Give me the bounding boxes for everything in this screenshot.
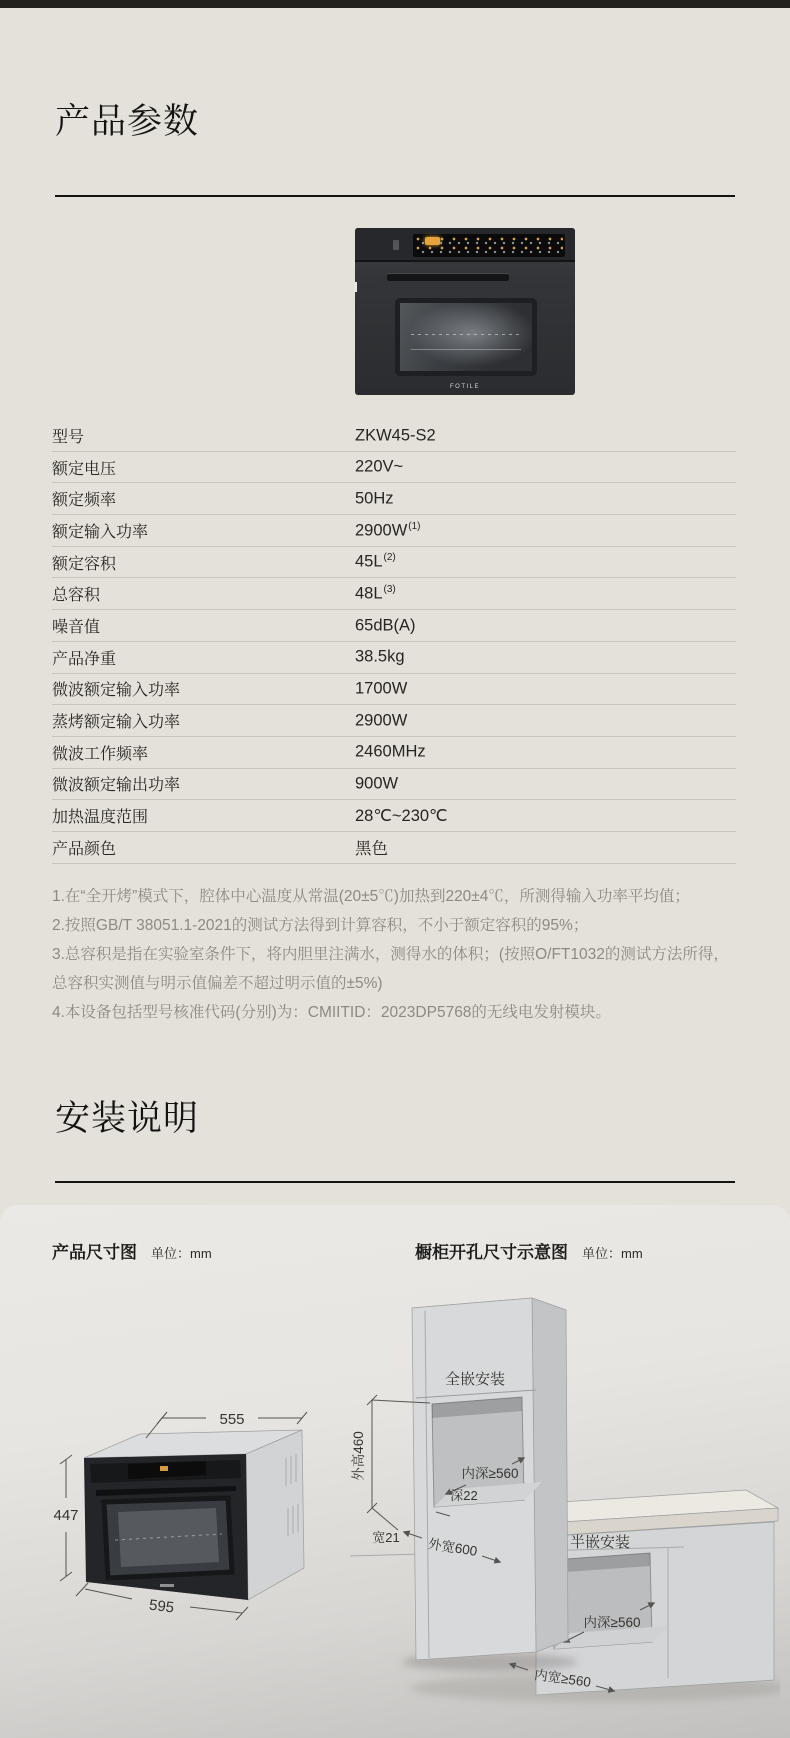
spec-value: ZKW45-S2 (355, 426, 437, 446)
oven-drawing (84, 1430, 304, 1600)
tall-cabinet-drawing: 全嵌安装 内深≥560 深22 外高460 宽2 (350, 1298, 578, 1671)
divider-product-params (55, 195, 735, 197)
oven-door-glass (395, 298, 537, 376)
spec-value: 45L(2) (355, 552, 396, 572)
table-row: 产品净重38.5kg (52, 642, 736, 674)
dim-label-inner-depth-top: 内深≥560 (462, 1465, 519, 1481)
table-row: 蒸烤额定输入功率2900W (52, 705, 736, 737)
full-embed-label: 全嵌安装 (445, 1371, 505, 1388)
spec-value: 1700W (355, 679, 408, 699)
table-row: 型号ZKW45-S2 (52, 420, 736, 452)
dim-447: 447 (53, 1455, 78, 1581)
spec-label: 微波额定输出功率 (52, 772, 355, 795)
cabinet-dims-heading: 橱柜开孔尺寸示意图 单位：mm (415, 1238, 643, 1263)
spec-value: 48L(3) (355, 584, 396, 604)
heading-title: 产品尺寸图 (52, 1238, 137, 1263)
footnote-3: 3.总容积是指在实验室条件下，将内胆里注满水，测得水的体积；(按照O/FT103… (52, 940, 744, 998)
oven-side-highlight (354, 282, 357, 292)
spec-value: 2900W (355, 711, 408, 731)
spec-value: 38.5kg (355, 647, 406, 667)
product-spec-page: 产品参数 FOTILE 型号ZKW45-S2 额定电压220V~ 额定频率50H… (0, 0, 790, 1738)
product-photo: FOTILE (355, 228, 575, 395)
table-row: 微波额定输入功率1700W (52, 674, 736, 706)
table-row: 噪音值65dB(A) (52, 610, 736, 642)
unit-label: 单位：mm (151, 1243, 212, 1262)
spec-value: 2900W(1) (355, 521, 421, 541)
table-row: 额定容积45L(2) (52, 547, 736, 579)
divider-installation (55, 1181, 735, 1183)
spec-label: 额定频率 (52, 487, 355, 510)
oven-handle (387, 274, 509, 281)
spec-value: 65dB(A) (355, 616, 417, 636)
dim-label-555: 555 (219, 1411, 244, 1428)
table-row: 微波工作频率2460MHz (52, 737, 736, 769)
spec-label: 微波工作频率 (52, 741, 355, 764)
spec-label: 型号 (52, 424, 355, 447)
footnote-1: 1.在“全开烤”模式下，腔体中心温度从常温(20±5℃)加热到220±4℃，所测… (52, 882, 744, 911)
table-row: 额定电压220V~ (52, 452, 736, 484)
spec-label: 产品颜色 (52, 836, 355, 859)
spec-label: 产品净重 (52, 646, 355, 669)
section-title-product-params: 产品参数 (55, 94, 199, 144)
table-row: 额定输入功率2900W(1) (52, 515, 736, 547)
spec-label: 额定容积 (52, 551, 355, 574)
spec-label: 额定输入功率 (52, 519, 355, 542)
unit-label: 单位：mm (582, 1243, 643, 1262)
table-row: 总容积48L(3) (52, 578, 736, 610)
display-active-icon (425, 237, 440, 245)
footnotes: 1.在“全开烤”模式下，腔体中心温度从常温(20±5℃)加热到220±4℃，所测… (52, 882, 744, 1027)
spec-label: 噪音值 (52, 614, 355, 637)
product-dims-heading: 产品尺寸图 单位：mm (52, 1238, 212, 1263)
section-title-installation: 安装说明 (55, 1091, 199, 1141)
table-row: 额定频率50Hz (52, 483, 736, 515)
spec-value: 黑色 (355, 835, 389, 859)
power-icon (393, 240, 399, 250)
top-bar (0, 0, 790, 8)
spec-table: 型号ZKW45-S2 额定电压220V~ 额定频率50Hz 额定输入功率2900… (52, 420, 736, 864)
heading-title: 橱柜开孔尺寸示意图 (415, 1238, 568, 1263)
spec-label: 蒸烤额定输入功率 (52, 709, 355, 732)
dim-label-595: 595 (148, 1597, 175, 1617)
spec-value: 2460MHz (355, 742, 427, 762)
spec-label: 加热温度范围 (52, 804, 355, 827)
spec-label: 微波额定输入功率 (52, 677, 355, 700)
spec-value: 220V~ (355, 457, 404, 477)
footnote-4: 4.本设备包括型号核准代码(分别)为：CMIITID：2023DP5768的无线… (52, 998, 744, 1027)
cabinet-cutout-diagram: 半嵌安装 内深≥560 内宽≥560 全嵌安装 (350, 1280, 780, 1720)
dim-label-outer-height: 外高460 (350, 1431, 366, 1481)
spec-value: 50Hz (355, 489, 395, 509)
spec-value: 28℃~230℃ (355, 806, 449, 826)
footnote-2: 2.按照GB/T 38051.1-2021的测试方法得到计算容积，不小于额定容积… (52, 911, 744, 940)
table-row: 产品颜色黑色 (52, 832, 736, 864)
spec-value: 900W (355, 774, 399, 794)
dim-label-inner-depth-bottom: 内深≥560 (584, 1614, 641, 1630)
spec-label: 额定电压 (52, 456, 355, 479)
half-embed-label: 半嵌安装 (570, 1534, 630, 1551)
spec-label: 总容积 (52, 582, 355, 605)
table-row: 加热温度范围28℃~230℃ (52, 800, 736, 832)
table-row: 微波额定输出功率900W (52, 769, 736, 801)
dim-label-depth: 深22 (450, 1488, 477, 1503)
brand-logo: FOTILE (355, 384, 575, 390)
installation-panel: 产品尺寸图 单位：mm 橱柜开孔尺寸示意图 单位：mm (0, 1205, 790, 1738)
product-dimension-diagram: 555 447 595 (40, 1400, 330, 1650)
dim-label-width-small: 宽21 (372, 1530, 399, 1545)
dim-label-447: 447 (53, 1507, 78, 1524)
